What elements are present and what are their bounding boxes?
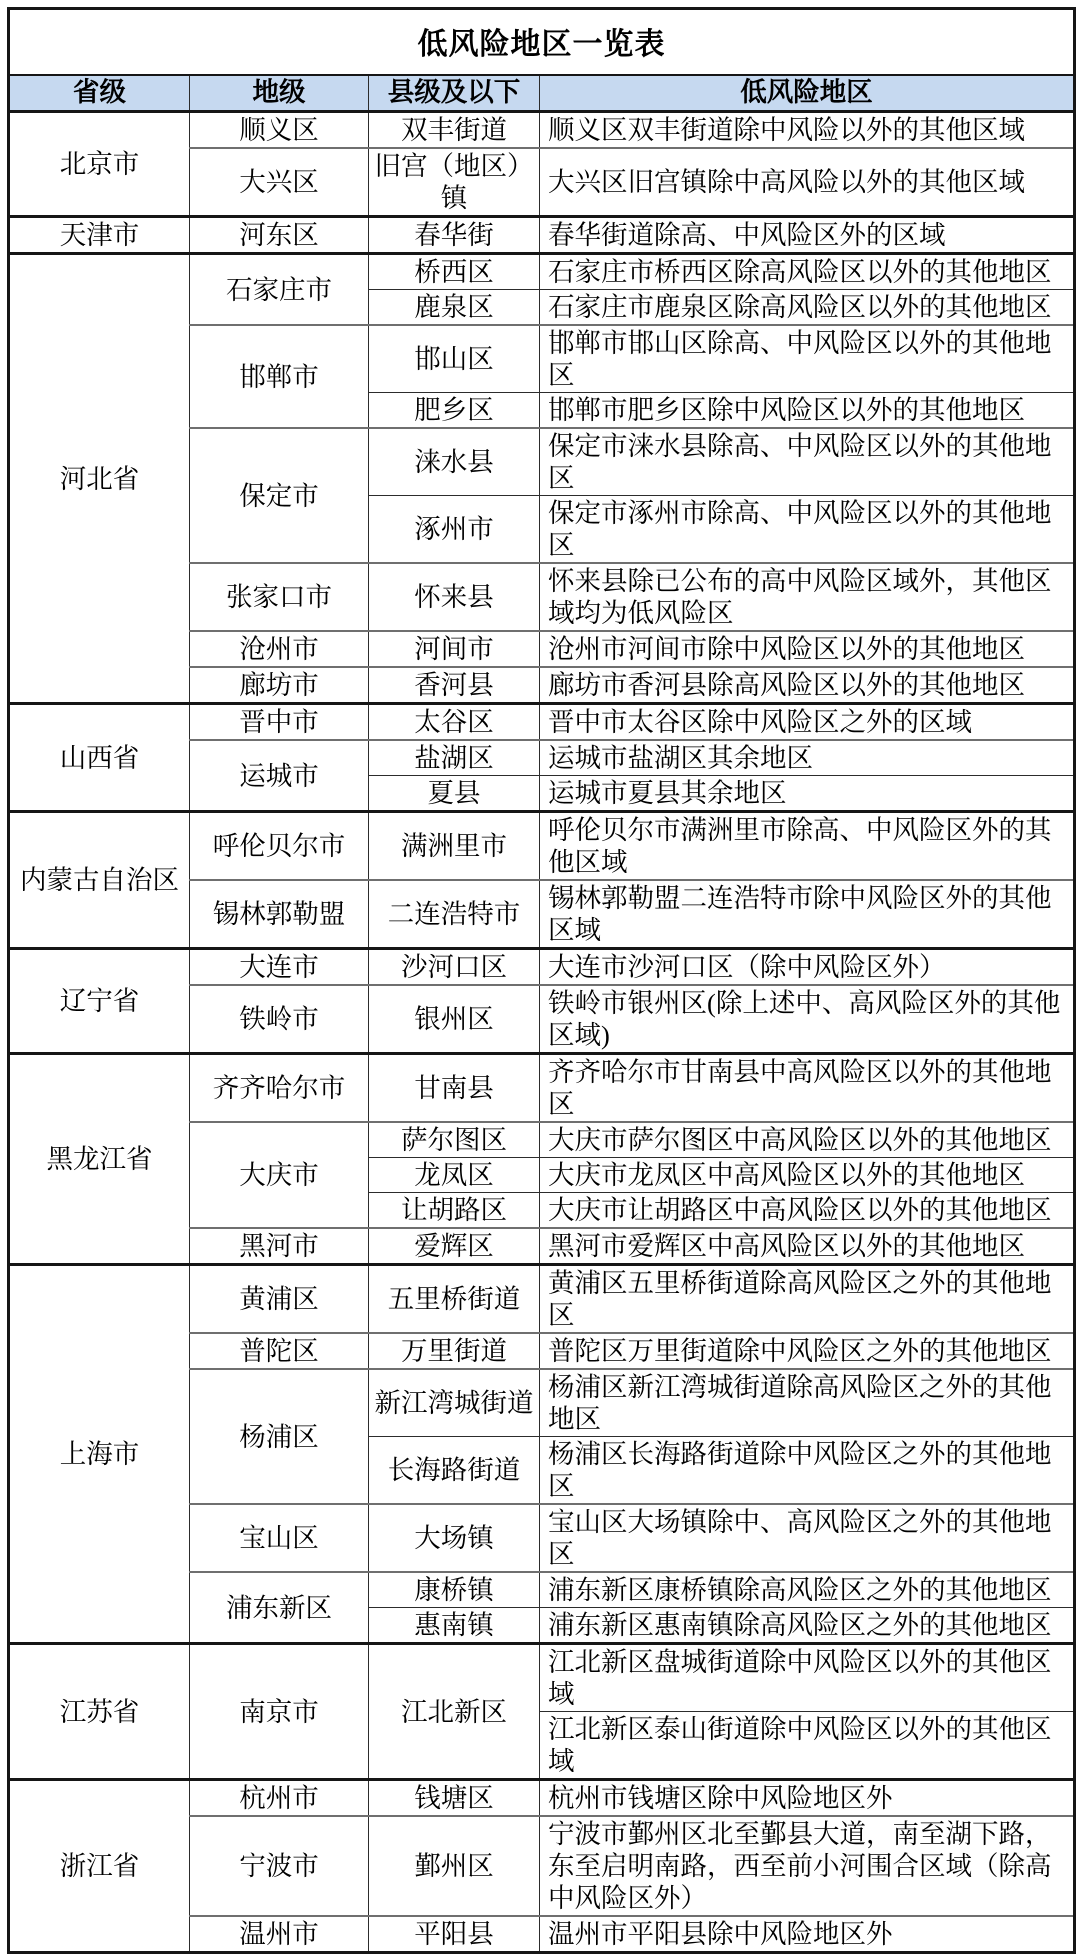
county-cell: 长海路街道 xyxy=(369,1437,540,1505)
province-cell: 内蒙古自治区 xyxy=(9,812,190,949)
prefecture-cell: 宁波市 xyxy=(190,1816,369,1916)
area-cell: 黑河市爱辉区中高风险区以外的其他地区 xyxy=(540,1228,1075,1265)
province-cell: 山西省 xyxy=(9,704,190,812)
county-cell: 五里桥街道 xyxy=(369,1265,540,1334)
prefecture-cell: 张家口市 xyxy=(190,563,369,631)
area-cell: 大兴区旧宫镇除中高风险以外的其他区域 xyxy=(540,148,1075,217)
prefecture-cell: 呼伦贝尔市 xyxy=(190,812,369,881)
province-cell: 河北省 xyxy=(9,254,190,704)
prefecture-cell: 普陀区 xyxy=(190,1333,369,1369)
area-cell: 铁岭市银州区(除上述中、高风险区外的其他区域) xyxy=(540,985,1075,1054)
area-cell: 温州市平阳县除中风险地区外 xyxy=(540,1916,1075,1953)
area-cell: 石家庄市桥西区除高风险区以外的其他地区 xyxy=(540,254,1075,290)
prefecture-cell: 顺义区 xyxy=(190,112,369,149)
area-cell: 晋中市太谷区除中风险区之外的区域 xyxy=(540,704,1075,741)
province-cell: 辽宁省 xyxy=(9,949,190,1054)
area-cell: 春华街道除高、中风险区外的区域 xyxy=(540,217,1075,254)
area-cell: 江北新区泰山街道除中风险区以外的其他区域 xyxy=(540,1712,1075,1780)
area-cell: 邯郸市邯山区除高、中风险区以外的其他地区 xyxy=(540,325,1075,393)
county-cell: 涞水县 xyxy=(369,428,540,496)
county-cell: 鹿泉区 xyxy=(369,290,540,326)
county-cell: 旧宫（地区）镇 xyxy=(369,148,540,217)
area-cell: 保定市涞水县除高、中风险区以外的其他地区 xyxy=(540,428,1075,496)
prefecture-cell: 大庆市 xyxy=(190,1122,369,1228)
county-cell: 肥乡区 xyxy=(369,393,540,429)
county-cell: 大场镇 xyxy=(369,1504,540,1572)
county-cell: 江北新区 xyxy=(369,1644,540,1780)
area-cell: 浦东新区康桥镇除高风险区之外的其他地区 xyxy=(540,1572,1075,1608)
prefecture-cell: 晋中市 xyxy=(190,704,369,741)
area-cell: 邯郸市肥乡区除中风险区以外的其他地区 xyxy=(540,393,1075,429)
county-cell: 惠南镇 xyxy=(369,1608,540,1644)
area-cell: 运城市盐湖区其余地区 xyxy=(540,740,1075,776)
table-row: 浙江省杭州市钱塘区杭州市钱塘区除中风险地区外 xyxy=(9,1780,1075,1817)
county-cell: 新江湾城街道 xyxy=(369,1369,540,1437)
county-cell: 怀来县 xyxy=(369,563,540,631)
area-cell: 宁波市鄞州区北至鄞县大道，南至湖下路，东至启明南路，西至前小河围合区域（除高中风… xyxy=(540,1816,1075,1916)
area-cell: 普陀区万里街道除中风险区之外的其他地区 xyxy=(540,1333,1075,1369)
county-cell: 夏县 xyxy=(369,776,540,812)
area-cell: 大庆市龙凤区中高风险区以外的其他地区 xyxy=(540,1158,1075,1193)
prefecture-cell: 宝山区 xyxy=(190,1504,369,1572)
prefecture-cell: 齐齐哈尔市 xyxy=(190,1054,369,1123)
county-cell: 银州区 xyxy=(369,985,540,1054)
col-header-county: 县级及以下 xyxy=(369,75,540,112)
county-cell: 桥西区 xyxy=(369,254,540,290)
area-cell: 顺义区双丰街道除中风险以外的其他区域 xyxy=(540,112,1075,149)
county-cell: 香河县 xyxy=(369,667,540,704)
header-row: 省级 地级 县级及以下 低风险地区 xyxy=(9,75,1075,112)
prefecture-cell: 河东区 xyxy=(190,217,369,254)
title-row: 低风险地区一览表 xyxy=(9,9,1075,76)
area-cell: 江北新区盘城街道除中风险区以外的其他区域 xyxy=(540,1644,1075,1712)
area-cell: 浦东新区惠南镇除高风险区之外的其他地区 xyxy=(540,1608,1075,1644)
prefecture-cell: 石家庄市 xyxy=(190,254,369,326)
area-cell: 齐齐哈尔市甘南县中高风险区以外的其他地区 xyxy=(540,1054,1075,1123)
prefecture-cell: 大兴区 xyxy=(190,148,369,217)
prefecture-cell: 黑河市 xyxy=(190,1228,369,1265)
county-cell: 双丰街道 xyxy=(369,112,540,149)
county-cell: 爱辉区 xyxy=(369,1228,540,1265)
table-row: 内蒙古自治区呼伦贝尔市满洲里市呼伦贝尔市满洲里市除高、中风险区外的其他区域 xyxy=(9,812,1075,881)
county-cell: 太谷区 xyxy=(369,704,540,741)
prefecture-cell: 大连市 xyxy=(190,949,369,986)
area-cell: 锡林郭勒盟二连浩特市除中风险区外的其他区域 xyxy=(540,880,1075,949)
county-cell: 盐湖区 xyxy=(369,740,540,776)
area-cell: 大庆市让胡路区中高风险区以外的其他地区 xyxy=(540,1193,1075,1229)
area-cell: 杨浦区新江湾城街道除高风险区之外的其他地区 xyxy=(540,1369,1075,1437)
col-header-prefecture: 地级 xyxy=(190,75,369,112)
area-cell: 杭州市钱塘区除中风险地区外 xyxy=(540,1780,1075,1817)
prefecture-cell: 锡林郭勒盟 xyxy=(190,880,369,949)
col-header-province: 省级 xyxy=(9,75,190,112)
table-row: 北京市顺义区双丰街道顺义区双丰街道除中风险以外的其他区域 xyxy=(9,112,1075,149)
area-cell: 怀来县除已公布的高中风险区域外，其他区域均为低风险区 xyxy=(540,563,1075,631)
area-cell: 石家庄市鹿泉区除高风险区以外的其他地区 xyxy=(540,290,1075,326)
prefecture-cell: 铁岭市 xyxy=(190,985,369,1054)
area-cell: 廊坊市香河县除高风险区以外的其他地区 xyxy=(540,667,1075,704)
county-cell: 龙凤区 xyxy=(369,1158,540,1193)
province-cell: 天津市 xyxy=(9,217,190,254)
area-cell: 宝山区大场镇除中、高风险区之外的其他地区 xyxy=(540,1504,1075,1572)
area-cell: 黄浦区五里桥街道除高风险区之外的其他地区 xyxy=(540,1265,1075,1334)
prefecture-cell: 杭州市 xyxy=(190,1780,369,1817)
table-row: 河北省石家庄市桥西区石家庄市桥西区除高风险区以外的其他地区 xyxy=(9,254,1075,290)
county-cell: 甘南县 xyxy=(369,1054,540,1123)
table-row: 天津市河东区春华街春华街道除高、中风险区外的区域 xyxy=(9,217,1075,254)
area-cell: 运城市夏县其余地区 xyxy=(540,776,1075,812)
prefecture-cell: 邯郸市 xyxy=(190,325,369,428)
county-cell: 邯山区 xyxy=(369,325,540,393)
area-cell: 大连市沙河口区（除中风险区外） xyxy=(540,949,1075,986)
area-cell: 呼伦贝尔市满洲里市除高、中风险区外的其他区域 xyxy=(540,812,1075,881)
col-header-low-risk-area: 低风险地区 xyxy=(540,75,1075,112)
table-row: 黑龙江省齐齐哈尔市甘南县齐齐哈尔市甘南县中高风险区以外的其他地区 xyxy=(9,1054,1075,1123)
county-cell: 满洲里市 xyxy=(369,812,540,881)
table-row: 山西省晋中市太谷区晋中市太谷区除中风险区之外的区域 xyxy=(9,704,1075,741)
county-cell: 萨尔图区 xyxy=(369,1122,540,1158)
prefecture-cell: 沧州市 xyxy=(190,631,369,667)
county-cell: 涿州市 xyxy=(369,496,540,564)
county-cell: 让胡路区 xyxy=(369,1193,540,1229)
table-row: 上海市黄浦区五里桥街道黄浦区五里桥街道除高风险区之外的其他地区 xyxy=(9,1265,1075,1334)
province-cell: 浙江省 xyxy=(9,1780,190,1953)
county-cell: 春华街 xyxy=(369,217,540,254)
area-cell: 杨浦区长海路街道除中风险区之外的其他地区 xyxy=(540,1437,1075,1505)
prefecture-cell: 杨浦区 xyxy=(190,1369,369,1504)
province-cell: 上海市 xyxy=(9,1265,190,1644)
province-cell: 黑龙江省 xyxy=(9,1054,190,1265)
risk-table-body: 北京市顺义区双丰街道顺义区双丰街道除中风险以外的其他区域大兴区旧宫（地区）镇大兴… xyxy=(9,112,1075,1953)
county-cell: 万里街道 xyxy=(369,1333,540,1369)
low-risk-area-table: 低风险地区一览表 省级 地级 县级及以下 低风险地区 北京市顺义区双丰街道顺义区… xyxy=(7,7,1076,1954)
document-page: 低风险地区一览表 省级 地级 县级及以下 低风险地区 北京市顺义区双丰街道顺义区… xyxy=(0,0,1080,1954)
county-cell: 平阳县 xyxy=(369,1916,540,1953)
county-cell: 鄞州区 xyxy=(369,1816,540,1916)
table-row: 江苏省南京市江北新区江北新区盘城街道除中风险区以外的其他区域 xyxy=(9,1644,1075,1712)
province-cell: 江苏省 xyxy=(9,1644,190,1780)
county-cell: 钱塘区 xyxy=(369,1780,540,1817)
table-title: 低风险地区一览表 xyxy=(9,9,1075,76)
prefecture-cell: 南京市 xyxy=(190,1644,369,1780)
province-cell: 北京市 xyxy=(9,112,190,217)
prefecture-cell: 浦东新区 xyxy=(190,1572,369,1644)
county-cell: 二连浩特市 xyxy=(369,880,540,949)
prefecture-cell: 保定市 xyxy=(190,428,369,563)
prefecture-cell: 温州市 xyxy=(190,1916,369,1953)
prefecture-cell: 黄浦区 xyxy=(190,1265,369,1334)
prefecture-cell: 廊坊市 xyxy=(190,667,369,704)
table-row: 辽宁省大连市沙河口区大连市沙河口区（除中风险区外） xyxy=(9,949,1075,986)
prefecture-cell: 运城市 xyxy=(190,740,369,812)
county-cell: 沙河口区 xyxy=(369,949,540,986)
area-cell: 大庆市萨尔图区中高风险区以外的其他地区 xyxy=(540,1122,1075,1158)
area-cell: 保定市涿州市除高、中风险区以外的其他地区 xyxy=(540,496,1075,564)
county-cell: 河间市 xyxy=(369,631,540,667)
county-cell: 康桥镇 xyxy=(369,1572,540,1608)
area-cell: 沧州市河间市除中风险区以外的其他地区 xyxy=(540,631,1075,667)
